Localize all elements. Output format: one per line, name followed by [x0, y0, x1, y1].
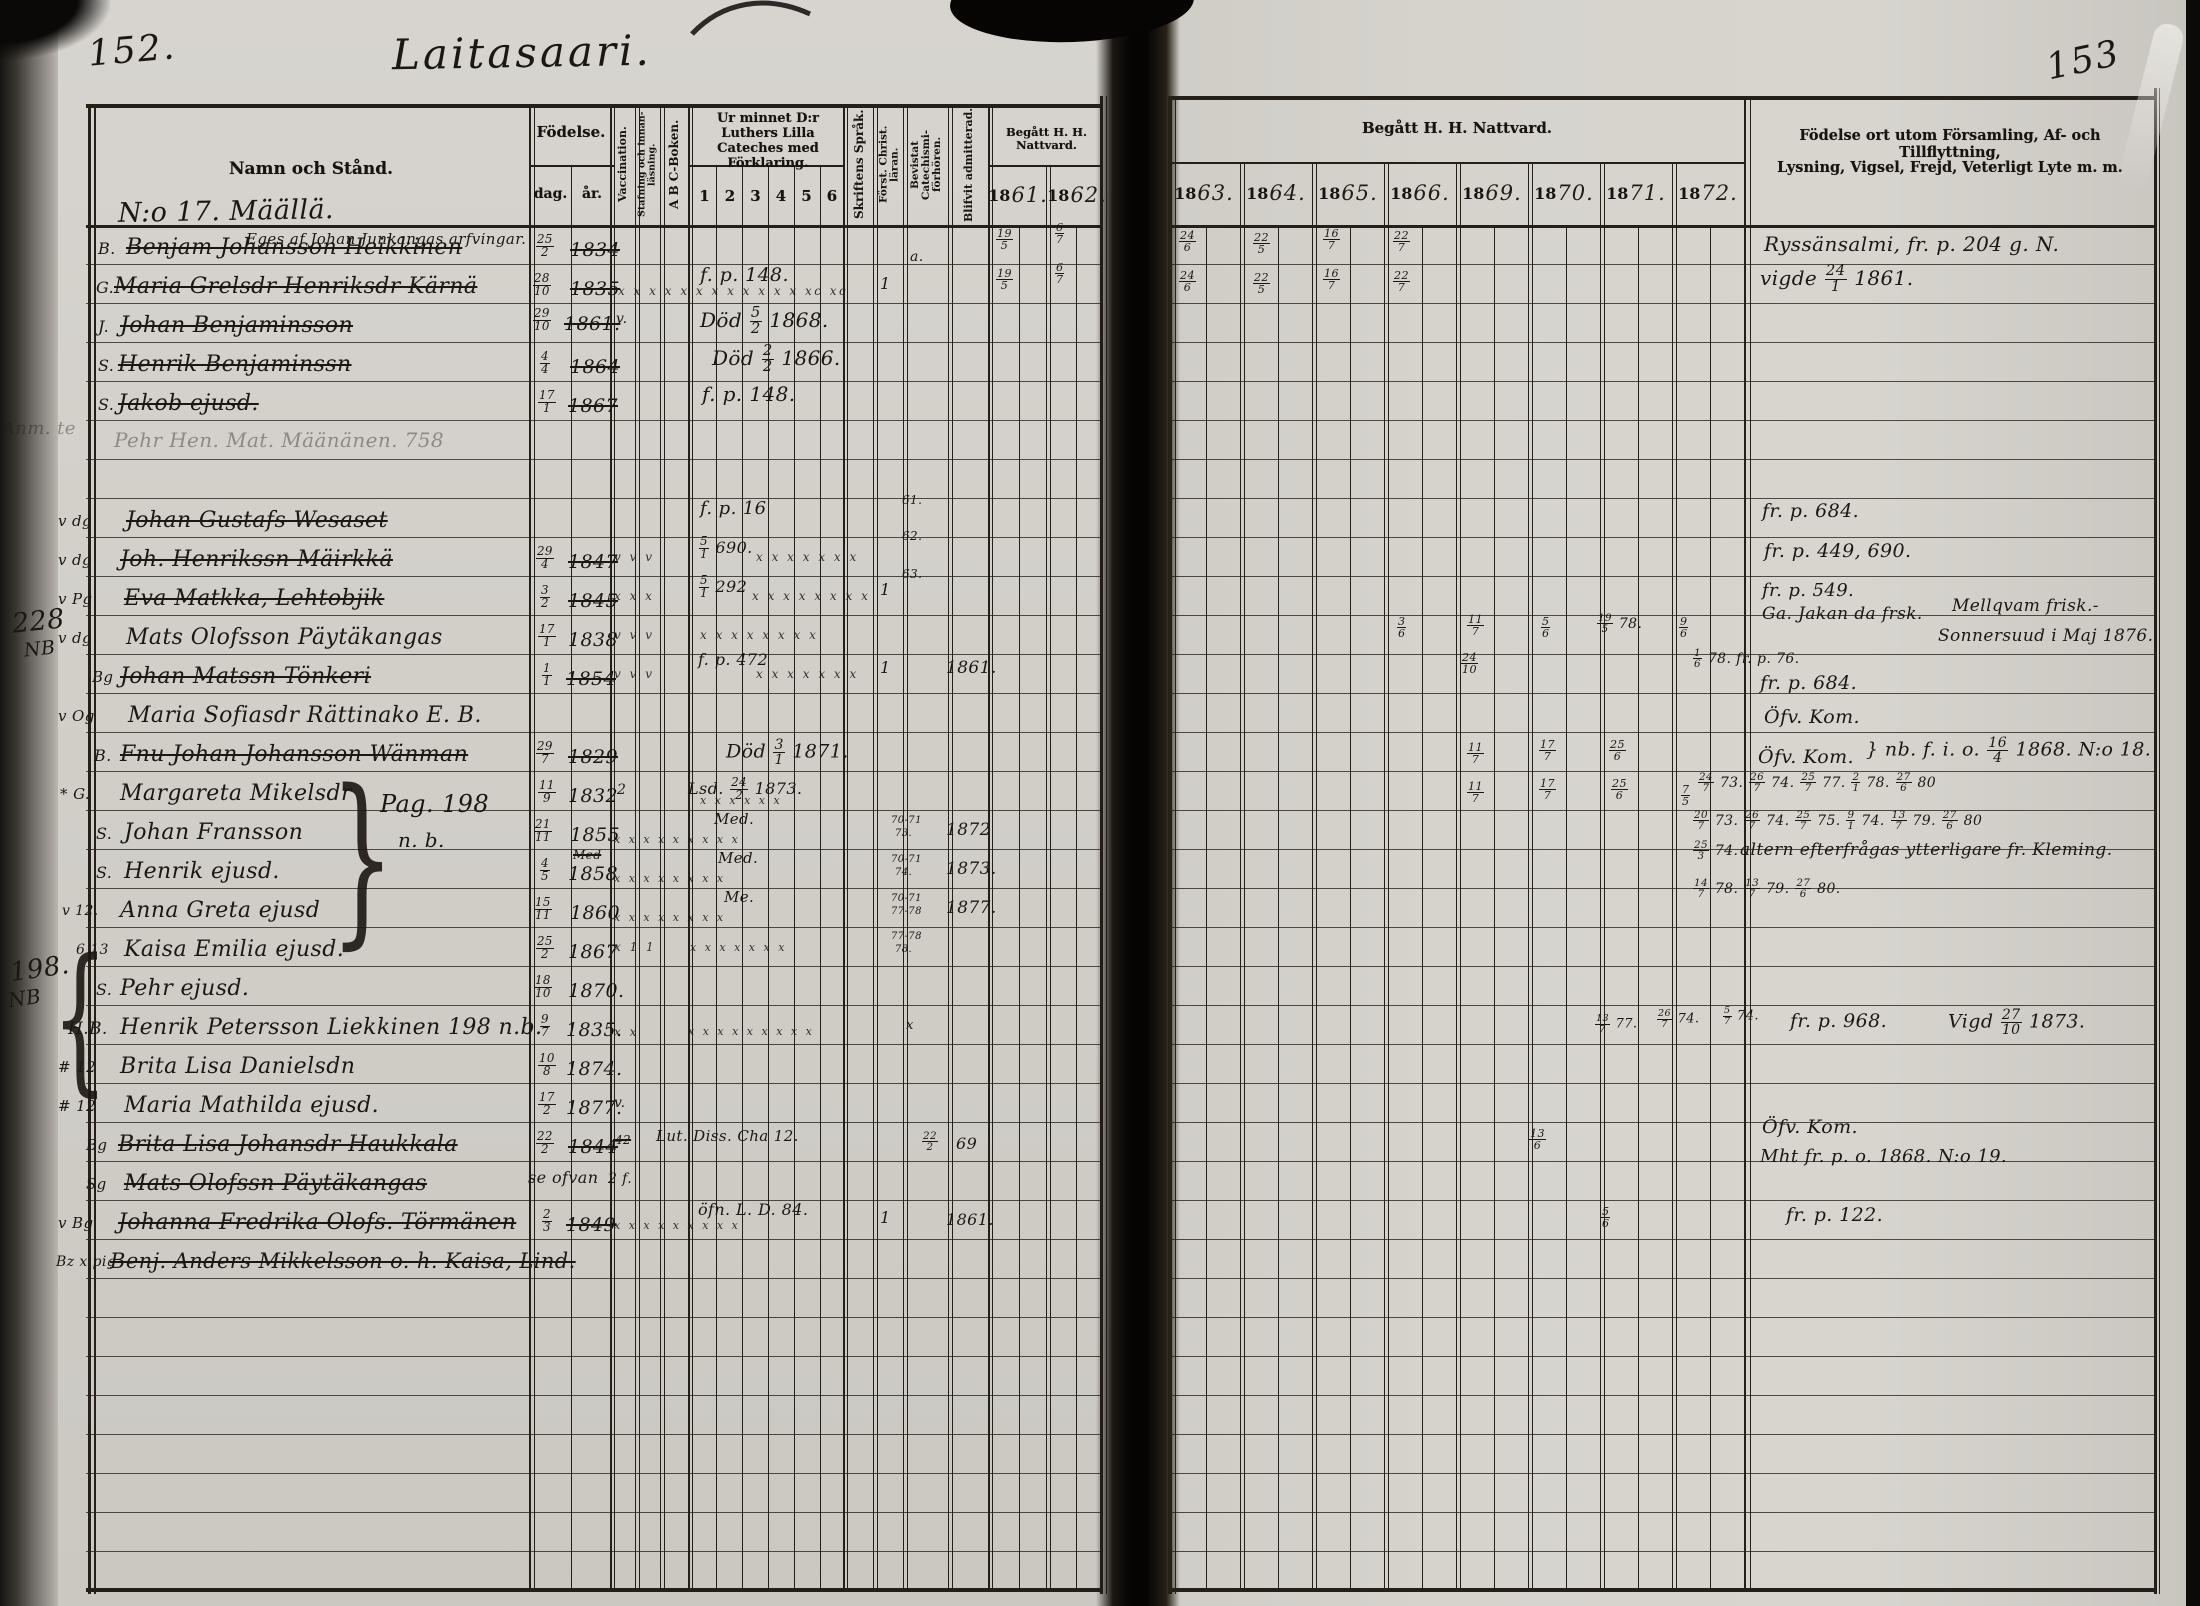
- handwritten-entry: 69: [956, 1136, 977, 1152]
- handwritten-entry: v dg: [58, 514, 92, 529]
- handwritten-entry: fr. p. 122.: [1786, 1206, 1883, 1225]
- handwritten-entry: 61.: [902, 494, 922, 506]
- grid-line: [1168, 654, 2156, 655]
- handwritten-entry: Brita Lisa Johansdr Haukkala: [118, 1134, 458, 1156]
- grid-line: [86, 1083, 1103, 1084]
- handwritten-entry: Död 52 1868.: [700, 306, 829, 337]
- handwritten-entry: # 12: [58, 1099, 96, 1114]
- handwritten-entry: 1855: [570, 826, 620, 845]
- column-header-forsta-christ: Först. Christ. läran.: [874, 107, 905, 222]
- handwritten-entry: Öfv. Kom.: [1764, 708, 1860, 727]
- grid-line: [86, 693, 1103, 694]
- handwritten-entry: 1: [880, 660, 891, 676]
- grid-line: [1244, 162, 1245, 1588]
- handwritten-entry: 1870.: [568, 982, 624, 1001]
- handwritten-entry: 267 74.: [1656, 1009, 1699, 1029]
- handwritten-entry: 167: [1322, 268, 1341, 291]
- grid-line: [1168, 1083, 2156, 1084]
- handwritten-entry: 96: [1678, 616, 1689, 639]
- handwritten-entry: fr. p. 549.: [1762, 582, 1854, 600]
- handwritten-entry: Pehr Hen. Mat. Määnänen. 758: [114, 430, 444, 450]
- handwritten-entry: 67: [1054, 262, 1065, 285]
- handwritten-entry: S.: [98, 358, 114, 374]
- grid-line: [86, 303, 1103, 304]
- handwritten-entry: Henrik Petersson Liekkinen 198 n.b.: [120, 1017, 542, 1039]
- handwritten-entry: 247 73. 267 74. 257 77. 21 78. 276 80: [1697, 772, 1936, 794]
- grid-line: [86, 966, 1103, 967]
- handwritten-entry: 1867: [568, 943, 618, 962]
- handwritten-entry: 2810: [532, 273, 552, 298]
- grid-line: [1168, 1239, 2156, 1240]
- grid-line: [692, 104, 693, 1588]
- handwritten-entry: B.: [94, 748, 112, 764]
- grid-line: [1168, 1122, 2156, 1123]
- grid-line: [86, 1044, 1103, 1045]
- grid-line: [1168, 1200, 2156, 1201]
- handwritten-entry: Sonnersuud i Maj 1876.: [1938, 628, 2153, 645]
- handwritten-entry: v 12.: [62, 904, 99, 918]
- column-header-blifvit-admitterad: Blifvit admitterad.: [949, 107, 989, 222]
- handwritten-entry: Johanna Fredrika Olofs. Törmänen: [118, 1212, 516, 1234]
- grid-line: [1312, 162, 1313, 1588]
- year-column-header: 1870.: [1530, 166, 1598, 220]
- handwritten-entry: öfn. L. D. 84.: [698, 1202, 808, 1218]
- handwritten-entry: 117: [1466, 742, 1485, 765]
- handwritten-entry: Henrik ejusd.: [124, 861, 280, 883]
- year-column-header: 1863.: [1170, 166, 1238, 220]
- handwritten-entry: Mats Olofssn Päytäkangas: [124, 1173, 427, 1195]
- handwritten-entry: 97: [539, 1014, 551, 1039]
- handwritten-entry: 77-78: [891, 932, 922, 942]
- grid-line: [1168, 303, 2156, 304]
- grid-line: [1168, 381, 2156, 382]
- handwritten-entry: 1874.: [566, 1060, 622, 1079]
- handwritten-entry: Johan Benjaminsson: [120, 315, 353, 337]
- handwritten-entry: altern efterfrågas ytterligare fr. Klemi…: [1740, 842, 2113, 859]
- handwritten-entry: 73.: [895, 829, 912, 839]
- grid-line: [1168, 1512, 2156, 1513]
- grid-line: [86, 1588, 1103, 1592]
- grid-line: [86, 1317, 1103, 1318]
- grid-line: [1168, 537, 2156, 538]
- grid-line: [1600, 162, 1601, 1588]
- handwritten-entry: 117: [1466, 614, 1485, 637]
- grid-line: [1168, 1161, 2156, 1162]
- grid-line: [1168, 264, 2156, 265]
- handwritten-entry: 67: [1054, 222, 1065, 245]
- handwritten-entry: Död 31 1871.: [726, 738, 849, 767]
- grid-line: [1168, 771, 2156, 772]
- grid-line: [948, 104, 949, 1588]
- handwritten-entry: 1860: [570, 904, 620, 923]
- handwritten-entry: 167: [1322, 228, 1341, 251]
- handwritten-entry: S.: [96, 826, 112, 842]
- handwritten-entry: 1847: [568, 553, 618, 572]
- year-column-header: 1871.: [1602, 166, 1670, 220]
- grid-line: [86, 498, 1103, 499]
- grid-line: [742, 165, 743, 1588]
- handwritten-entry: fr. p. 684.: [1762, 502, 1859, 521]
- pen-flourish-mark: [688, 0, 818, 38]
- handwritten-entry: a.: [910, 250, 924, 264]
- grid-line: [86, 1278, 1103, 1279]
- grid-line: [1240, 162, 1241, 1588]
- handwritten-entry: 195: [995, 268, 1014, 291]
- handwritten-entry: Ga. Jakan da frsk.: [1762, 606, 1923, 623]
- grid-line: [660, 104, 661, 1588]
- grid-line: [1168, 1588, 2156, 1592]
- handwritten-entry: 222: [535, 1131, 555, 1156]
- cateches-column-number: 5: [794, 188, 819, 205]
- handwritten-entry: 1835: [570, 280, 620, 299]
- handwritten-entry: 44: [539, 351, 551, 376]
- handwritten-entry: Eva Matkka, Lehtobjik: [124, 588, 384, 610]
- grid-line: [86, 1356, 1103, 1357]
- handwritten-entry: Kaisa Emilia ejusd.: [124, 939, 344, 961]
- handwritten-entry: 36: [1396, 616, 1407, 639]
- page-number-left: 152.: [86, 26, 177, 75]
- handwritten-entry: 177: [1538, 739, 1557, 762]
- grid-line: [86, 1434, 1103, 1435]
- handwritten-entry: Anm. te: [2, 420, 76, 438]
- year-column-header: 1861.: [990, 168, 1046, 222]
- handwritten-entry: 2: [617, 783, 626, 797]
- reading-marks: v v v: [614, 668, 654, 680]
- grid-line: [86, 1005, 1103, 1006]
- grid-line: [1168, 96, 2156, 100]
- handwritten-entry: fr. p. 968.: [1790, 1012, 1887, 1031]
- handwritten-entry: 171: [537, 390, 557, 415]
- grid-line: [877, 104, 878, 1588]
- grid-line: [86, 888, 1103, 889]
- handwritten-entry: B.: [98, 241, 116, 257]
- handwritten-entry: 256: [1610, 778, 1629, 801]
- handwritten-entry: 1872: [946, 822, 991, 839]
- handwritten-entry: Med.: [718, 851, 758, 866]
- grid-line: [1206, 225, 1207, 1588]
- handwritten-entry: 51 292: [698, 575, 747, 600]
- column-header-abc-boken: A B C-Boken.: [659, 107, 690, 222]
- grid-line: [1168, 162, 1744, 164]
- cateches-column-number: 1: [692, 188, 717, 205]
- grid-line: [1168, 1356, 2156, 1357]
- handwritten-entry: 1877.: [946, 900, 997, 917]
- grid-line: [1528, 162, 1529, 1588]
- reading-marks: x x x x x x x x x: [614, 834, 740, 845]
- handwritten-entry: 70-71: [891, 894, 922, 904]
- grid-line: [1168, 1551, 2156, 1552]
- grid-line: [988, 104, 990, 1588]
- grid-line: [86, 1551, 1103, 1552]
- handwritten-entry: 45: [539, 858, 551, 883]
- year-column-header: 1866.: [1386, 166, 1454, 220]
- grid-line: [86, 381, 1103, 382]
- handwritten-entry: 2111: [533, 819, 553, 844]
- handwritten-entry: 42: [615, 1134, 631, 1146]
- grid-line: [820, 165, 821, 1588]
- handwritten-entry: 74.: [895, 868, 912, 878]
- handwritten-entry: 23: [541, 1209, 553, 1234]
- grid-line: [907, 104, 908, 1588]
- handwritten-entry: 2410: [1460, 652, 1479, 675]
- year-column-header: 1865.: [1314, 166, 1382, 220]
- handwritten-entry: * G.: [60, 787, 90, 802]
- grid-line: [86, 537, 1103, 538]
- handwritten-entry: J.: [98, 319, 109, 335]
- handwritten-entry: 256: [1608, 739, 1627, 762]
- reading-marks: x x: [614, 1026, 639, 1038]
- grid-line: [1046, 165, 1047, 1588]
- handwritten-entry: 1861.: [564, 315, 620, 334]
- handwritten-entry: N:o 17. Määllä.: [118, 196, 334, 227]
- grid-line: [1168, 1395, 2156, 1396]
- handwritten-entry: 246: [1178, 230, 1197, 253]
- handwritten-entry: 1810: [533, 975, 553, 1000]
- handwritten-entry: 117: [1466, 781, 1485, 804]
- grid-line: [847, 104, 848, 1588]
- year-column-header: 1869.: [1458, 166, 1526, 220]
- handwritten-entry: 1: [880, 582, 891, 598]
- reading-marks: v v v: [614, 551, 654, 563]
- book-gutter: [1096, 0, 1180, 1606]
- grid-line: [86, 1512, 1103, 1513]
- handwritten-entry: Benjam Johansson Heikkinen: [126, 237, 462, 259]
- handwritten-entry: Henrik Benjaminssn: [118, 354, 352, 376]
- grid-line: [794, 165, 795, 1588]
- column-header-skriftens-sprak: Skriftens Språk.: [844, 107, 875, 222]
- handwritten-entry: se ofvan: [528, 1170, 598, 1186]
- column-header-cateches: Ur minnet D:r Luthers Lilla Cateches med…: [692, 112, 844, 172]
- handwritten-entry: 32: [539, 585, 551, 610]
- reading-marks: x x x: [614, 590, 654, 602]
- grid-line: [873, 104, 874, 1588]
- handwritten-entry: 136: [1528, 1128, 1547, 1151]
- handwritten-entry: fr. p. 449, 690.: [1764, 542, 1911, 561]
- handwritten-entry: 1829: [568, 748, 618, 767]
- reading-marks: x x x x x x x x x x x x xc xc: [618, 285, 848, 297]
- handwritten-entry: 1867: [568, 397, 618, 416]
- grid-line: [1422, 225, 1423, 1588]
- grid-line: [1350, 225, 1351, 1588]
- grid-line: [86, 654, 1103, 655]
- handwritten-entry: 1861.: [946, 660, 997, 677]
- handwritten-entry: f. p. 148.: [702, 384, 795, 404]
- handwritten-entry: 252: [535, 234, 555, 259]
- grid-line: [1456, 162, 1457, 1588]
- handwritten-entry: Sg: [86, 1177, 107, 1192]
- handwritten-entry: Johan Gustafs Wesaset: [126, 510, 388, 532]
- handwritten-entry: Me.: [724, 890, 754, 905]
- handwritten-entry: Mellqvam frisk.-: [1952, 598, 2099, 615]
- handwritten-entry: 246: [1178, 270, 1197, 293]
- handwritten-entry: Margareta Mikelsdr: [120, 783, 352, 805]
- grid-line: [1168, 1473, 2156, 1474]
- handwritten-entry: 63.: [902, 568, 922, 580]
- handwritten-entry: v dg: [58, 553, 92, 568]
- cateches-column-number: 2: [718, 188, 743, 205]
- handwritten-entry: NB: [7, 986, 42, 1010]
- handwritten-entry: 1511: [533, 897, 553, 922]
- grid-line: [988, 165, 1103, 167]
- handwritten-entry: 11: [541, 663, 553, 688]
- grid-line: [86, 1395, 1103, 1396]
- grid-line: [1388, 162, 1389, 1588]
- grid-line: [86, 342, 1103, 343]
- column-header-vaccination: Vaccination.: [610, 107, 636, 222]
- handwritten-entry: 172: [537, 1092, 557, 1117]
- column-header-notes-line1: Födelse ort utom Församling, Af- och Til…: [1754, 128, 2146, 161]
- grid-line: [1168, 342, 2156, 343]
- handwritten-entry: 171: [537, 624, 557, 649]
- reading-marks: x x x x x x x: [756, 668, 859, 680]
- handwritten-entry: 207 73. 267 74. 257 75. 91 74. 137 79. 2…: [1692, 810, 1982, 832]
- grid-line: [688, 104, 690, 1588]
- column-header-ar: år.: [572, 186, 612, 202]
- handwritten-entry: v Og: [58, 709, 95, 724]
- handwritten-entry: 195 78.: [1596, 613, 1642, 635]
- reading-marks: x x x x x x x x: [614, 873, 726, 884]
- grid-line: [86, 615, 1103, 616]
- cateches-column-number: 3: [743, 188, 768, 205]
- handwritten-entry: 78.: [895, 945, 912, 955]
- handwritten-entry: Bz x pig: [56, 1255, 116, 1269]
- handwritten-entry: Vigd 2710 1873.: [1948, 1008, 2085, 1037]
- grid-line: [86, 927, 1103, 928]
- handwritten-entry: 2910: [532, 308, 552, 333]
- handwritten-entry: Bg: [92, 670, 113, 685]
- grid-line: [86, 732, 1103, 733]
- column-header-dag: dag.: [531, 186, 570, 202]
- grid-line: [86, 1122, 1103, 1123]
- grid-line: [1168, 888, 2156, 889]
- reading-marks: x x x x x x x x: [614, 912, 726, 923]
- handwritten-entry: 252: [535, 936, 555, 961]
- handwritten-entry: v.: [614, 1096, 626, 1110]
- handwritten-entry: f. p. 148.: [700, 266, 789, 285]
- column-header-stafning: Stafning och innan- läsning.: [634, 107, 661, 222]
- column-header-begatt-right: Begått H. H. Nattvard.: [1170, 120, 1744, 137]
- grid-line: [1168, 1434, 2156, 1435]
- handwritten-entry: Pag. 198: [380, 792, 489, 816]
- handwritten-entry: } nb. f. i. o. 164 1868. N:o 18.: [1866, 736, 2151, 765]
- handwritten-entry: 225: [1252, 232, 1271, 255]
- handwritten-entry: n. b.: [398, 830, 445, 850]
- grid-line: [2154, 88, 2157, 1594]
- grid-line: [1460, 162, 1461, 1588]
- grid-line: [1168, 420, 2156, 421]
- handwritten-entry: S.: [98, 397, 114, 413]
- grid-line: [1168, 1278, 2156, 1279]
- column-header-notes-line2: Lysning, Vigsel, Frejd, Veterligt Lyte m…: [1754, 160, 2146, 177]
- grid-line: [1566, 225, 1567, 1588]
- handwritten-entry: 1849: [566, 1216, 616, 1235]
- handwritten-entry: 1864: [570, 358, 620, 377]
- grid-line: [768, 165, 769, 1588]
- grid-line: [1494, 225, 1495, 1588]
- grid-line: [86, 1161, 1103, 1162]
- column-header-begatt-left: Begått H. H. Nattvard.: [990, 126, 1103, 152]
- grid-line: [639, 104, 640, 1588]
- grid-line: [86, 1200, 1103, 1201]
- grid-line: [2159, 88, 2160, 1594]
- handwritten-entry: 227: [1392, 270, 1411, 293]
- column-header-fodelse: Födelse.: [530, 124, 612, 141]
- handwritten-entry: 77-78: [891, 907, 922, 917]
- reading-marks: v v v: [614, 629, 654, 641]
- handwritten-entry: Benj. Anders Mikkelsson o. h. Kaisa, Lin…: [110, 1251, 576, 1272]
- handwritten-entry: 253 74.: [1692, 840, 1738, 862]
- handwritten-entry: 16 78. fr. p. 76.: [1692, 648, 1800, 670]
- reading-marks: x x x x x x x x: [752, 590, 870, 602]
- grid-line: [1168, 498, 2156, 499]
- handwritten-entry: 56: [1600, 1206, 1611, 1229]
- handwritten-entry: G.: [96, 280, 114, 296]
- handwritten-entry: Maria Mathilda ejusd.: [124, 1095, 379, 1117]
- grid-line: [1050, 165, 1051, 1588]
- grid-line: [664, 104, 665, 1588]
- handwritten-entry: 177: [1538, 778, 1557, 801]
- handwritten-entry: 62.: [902, 530, 922, 542]
- handwritten-entry: 1834: [570, 241, 620, 260]
- grid-line: [635, 104, 636, 1588]
- handwritten-entry: v Bg: [58, 1216, 93, 1231]
- handwritten-entry: 108: [537, 1053, 557, 1078]
- handwritten-entry: 1: [880, 276, 891, 292]
- handwritten-entry: 1861.: [946, 1212, 994, 1228]
- handwritten-entry: Maria Sofiasdr Rättinako E. B.: [128, 705, 482, 727]
- grid-line: [86, 420, 1103, 421]
- handwritten-entry: Öfv. Kom.: [1758, 748, 1854, 767]
- handwritten-entry: 51 690.: [698, 536, 753, 561]
- handwritten-entry: 56: [1540, 616, 1551, 639]
- reading-marks: x x x x x x x x x: [614, 1220, 740, 1231]
- reading-marks: x x x x x x x: [690, 942, 787, 953]
- handwritten-entry: 137 77.: [1594, 1014, 1637, 1034]
- handwritten-entry: 1873.: [946, 861, 997, 878]
- handwritten-entry: Johan Matssn Tönkeri: [120, 666, 371, 688]
- handwritten-entry: 228: [11, 605, 66, 637]
- grid-line: [86, 810, 1103, 811]
- handwritten-entry: fr. p. 684.: [1760, 674, 1857, 693]
- grid-line: [1168, 1317, 2156, 1318]
- grid-line: [992, 104, 993, 1588]
- handwritten-entry: 1854: [566, 670, 616, 689]
- handwritten-entry: 195: [995, 228, 1014, 251]
- grid-line: [529, 104, 531, 1588]
- reading-marks: x x x x x x x x x: [688, 1026, 814, 1037]
- handwritten-entry: 2 f.: [608, 1172, 632, 1186]
- handwritten-entry: 297: [535, 741, 555, 766]
- grid-line: [529, 165, 614, 167]
- grid-line: [1710, 225, 1711, 1588]
- handwritten-entry: x: [906, 1019, 914, 1032]
- ledger-scan: 152. Laitasaari. 153 Namn och Stånd. Föd…: [0, 0, 2200, 1606]
- handwritten-entry: Bg: [86, 1138, 107, 1153]
- handwritten-entry: Pehr ejusd.: [120, 978, 249, 1000]
- handwritten-entry: 1: [880, 1210, 891, 1226]
- grid-line: [86, 576, 1103, 577]
- grid-line: [1168, 576, 2156, 577]
- handwritten-entry: 1832: [568, 787, 618, 806]
- grid-line: [86, 771, 1103, 772]
- handwritten-entry: 1838: [568, 631, 618, 650]
- handwritten-entry: v.: [616, 312, 628, 326]
- grid-line: [1168, 225, 2156, 228]
- grid-line: [1384, 162, 1385, 1588]
- scan-left-edge: [0, 0, 58, 1606]
- handwritten-entry: Jakob ejusd.: [118, 393, 259, 415]
- grid-line: [1168, 693, 2156, 694]
